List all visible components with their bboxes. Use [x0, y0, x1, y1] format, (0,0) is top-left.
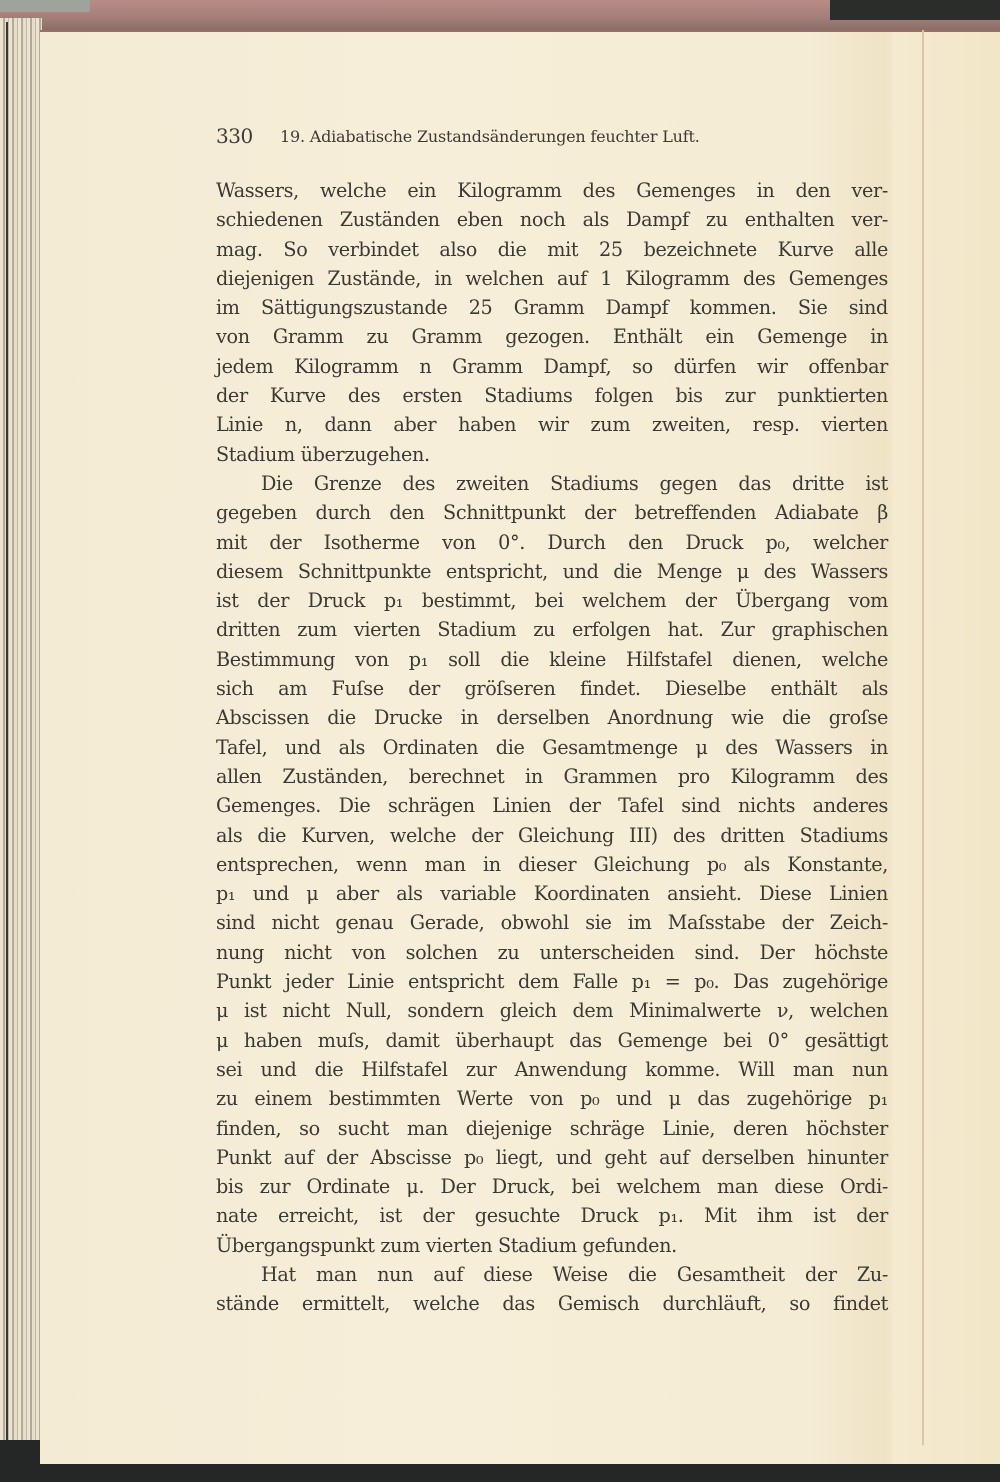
- book-cover-right: [830, 0, 1000, 20]
- text-line: finden, so sucht man diejenige schräge L…: [216, 1114, 888, 1143]
- text-line: sich am Fuſse der gröſseren findet. Dies…: [216, 674, 888, 703]
- running-head: 330 19. Adiabatische Zustandsänderungen …: [216, 124, 888, 152]
- text-line: nung nicht von solchen zu unterscheiden …: [216, 938, 888, 967]
- text-line: sei und die Hilfstafel zur Anwendung kom…: [216, 1055, 888, 1084]
- text-line: Stadium überzugehen.: [216, 440, 888, 469]
- page-number: 330: [216, 124, 253, 148]
- text-line: Hat man nun auf diese Weise die Gesamthe…: [216, 1260, 888, 1289]
- text-line: Die Grenze des zweiten Stadiums gegen da…: [216, 469, 888, 498]
- section-title: 19. Adiabatische Zustandsänderungen feuc…: [280, 127, 700, 146]
- text-line: Bestimmung von p₁ soll die kleine Hilfst…: [216, 645, 888, 674]
- text-line: Punkt auf der Abscisse p₀ liegt, und geh…: [216, 1143, 888, 1172]
- text-line: dritten zum vierten Stadium zu erfolgen …: [216, 615, 888, 644]
- text-line: diejenigen Zustände, in welchen auf 1 Ki…: [216, 264, 888, 293]
- text-line: der Kurve des ersten Stadiums folgen bis…: [216, 381, 888, 410]
- page-stack-line: [6, 22, 8, 1442]
- text-line: Abscissen die Drucke in derselben Anordn…: [216, 703, 888, 732]
- text-line: gegeben durch den Schnittpunkt der betre…: [216, 498, 888, 527]
- text-line: im Sättigungszustande 25 Gramm Dampf kom…: [216, 293, 888, 322]
- page-fold-line: [922, 30, 924, 1445]
- text-line: mit der Isotherme von 0°. Durch den Druc…: [216, 528, 888, 557]
- text-line: mag. So verbindet also die mit 25 bezeic…: [216, 235, 888, 264]
- text-line: schiedenen Zuständen eben noch als Dampf…: [216, 205, 888, 234]
- text-line: Gemenges. Die schrägen Linien der Tafel …: [216, 791, 888, 820]
- text-line: sind nicht genau Gerade, obwohl sie im M…: [216, 908, 888, 937]
- text-line: Linie n, dann aber haben wir zum zweiten…: [216, 410, 888, 439]
- text-line: von Gramm zu Gramm gezogen. Enthält ein …: [216, 322, 888, 351]
- text-line: diesem Schnittpunkte entspricht, und die…: [216, 557, 888, 586]
- text-line: allen Zuständen, berechnet in Grammen pr…: [216, 762, 888, 791]
- text-line: bis zur Ordinate μ. Der Druck, bei welch…: [216, 1172, 888, 1201]
- text-line: entsprechen, wenn man in dieser Gleichun…: [216, 850, 888, 879]
- text-line: Wassers, welche ein Kilogramm des Gemeng…: [216, 176, 888, 205]
- text-line: Übergangspunkt zum vierten Stadium gefun…: [216, 1231, 888, 1260]
- text-line: Tafel, und als Ordinaten die Gesamtmenge…: [216, 733, 888, 762]
- book-cover-corner: [0, 0, 90, 12]
- text-line: μ ist nicht Null, sondern gleich dem Min…: [216, 996, 888, 1025]
- text-line: μ haben muſs, damit überhaupt das Gemeng…: [216, 1026, 888, 1055]
- text-line: jedem Kilogramm n Gramm Dampf, so dürfen…: [216, 352, 888, 381]
- text-line: als die Kurven, welche der Gleichung III…: [216, 821, 888, 850]
- text-line: Punkt jeder Linie entspricht dem Falle p…: [216, 967, 888, 996]
- text-line: zu einem bestimmten Werte von p₀ und μ d…: [216, 1084, 888, 1113]
- text-line: p₁ und μ aber als variable Koordinaten a…: [216, 879, 888, 908]
- text-line: stände ermittelt, welche das Gemisch dur…: [216, 1289, 888, 1318]
- text-line: ist der Druck p₁ bestimmt, bei welchem d…: [216, 586, 888, 615]
- text-line: nate erreicht, ist der gesuchte Druck p₁…: [216, 1201, 888, 1230]
- body-text: Wassers, welche ein Kilogramm des Gemeng…: [216, 176, 888, 1319]
